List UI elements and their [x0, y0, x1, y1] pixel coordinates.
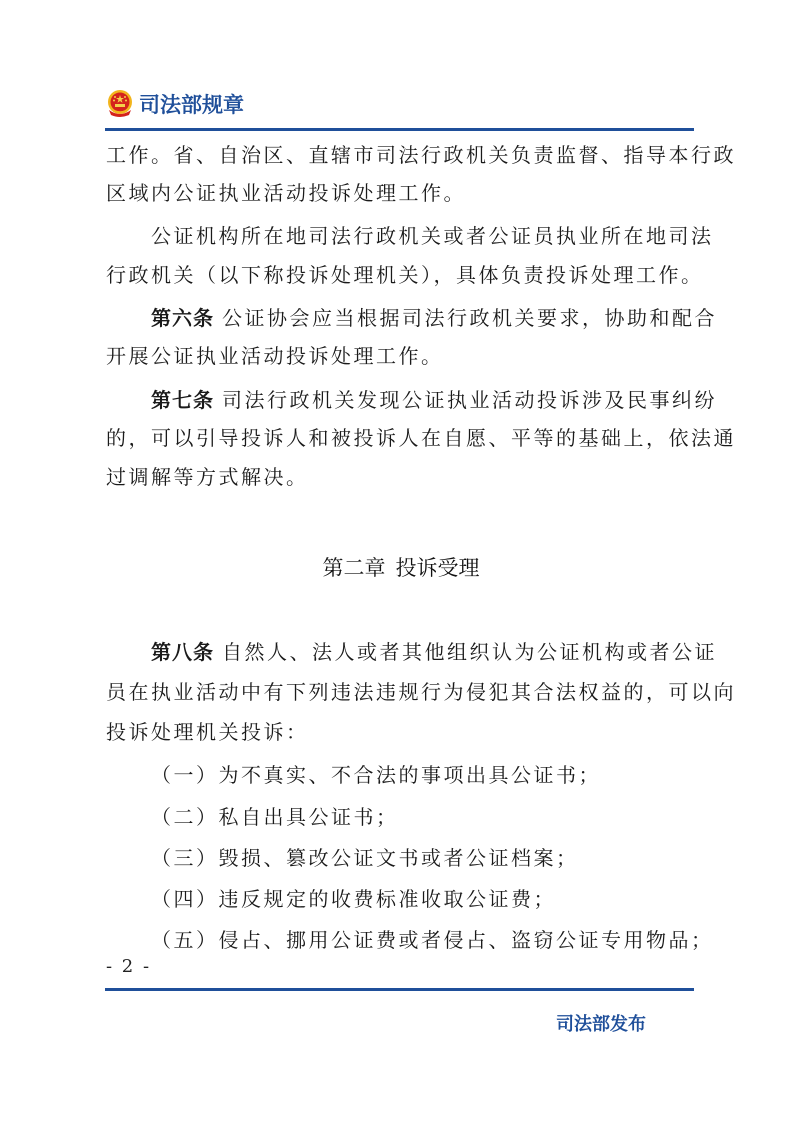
list-item: （四）违反规定的收费标准收取公证费；	[151, 886, 556, 912]
article-7-line: 第七条司法行政机关发现公证执业活动投诉涉及民事纠纷	[151, 387, 717, 413]
list-item: （一）为不真实、不合法的事项出具公证书；	[151, 762, 601, 788]
article-text: 自然人、法人或者其他组织认为公证机构或者公证	[222, 640, 717, 664]
article-8-line: 第八条自然人、法人或者其他组织认为公证机构或者公证	[151, 639, 717, 665]
article-text: 公证协会应当根据司法行政机关要求，协助和配合	[222, 306, 717, 330]
text-line: 区域内公证执业活动投诉处理工作。	[106, 180, 466, 206]
header-title: 司法部规章	[139, 89, 244, 119]
page-header: 司法部规章	[105, 84, 244, 124]
publisher-label: 司法部发布	[556, 1010, 646, 1036]
header-divider	[105, 128, 694, 131]
footer-divider	[105, 988, 694, 991]
text-line: 行政机关（以下称投诉处理机关），具体负责投诉处理工作。	[106, 262, 704, 288]
text-line: 员在执业活动中有下列违法违规行为侵犯其合法权益的，可以向	[106, 679, 736, 705]
article-text: 司法行政机关发现公证执业活动投诉涉及民事纠纷	[222, 388, 717, 412]
text-line: 工作。省、自治区、直辖市司法行政机关负责监督、指导本行政	[106, 142, 736, 168]
article-label: 第八条	[151, 640, 214, 664]
page-number: - 2 -	[106, 956, 151, 977]
chapter-heading: 第二章投诉受理	[106, 554, 696, 582]
article-label: 第六条	[151, 306, 214, 330]
text-line: 投诉处理机关投诉：	[106, 719, 309, 745]
list-item: （二）私自出具公证书；	[151, 804, 399, 830]
national-emblem-icon	[105, 88, 135, 120]
article-6-line: 第六条公证协会应当根据司法行政机关要求，协助和配合	[151, 305, 717, 331]
text-line: 公证机构所在地司法行政机关或者公证员执业所在地司法	[151, 223, 714, 249]
chapter-number: 第二章	[323, 556, 386, 580]
text-line: 的，可以引导投诉人和被投诉人在自愿、平等的基础上，依法通	[106, 425, 736, 451]
chapter-title: 投诉受理	[396, 556, 480, 580]
text-line: 开展公证执业活动投诉处理工作。	[106, 343, 444, 369]
list-item: （五）侵占、挪用公证费或者侵占、盗窃公证专用物品；	[151, 927, 714, 953]
list-item: （三）毁损、篡改公证文书或者公证档案；	[151, 845, 579, 871]
text-line: 过调解等方式解决。	[106, 464, 309, 490]
article-label: 第七条	[151, 388, 214, 412]
